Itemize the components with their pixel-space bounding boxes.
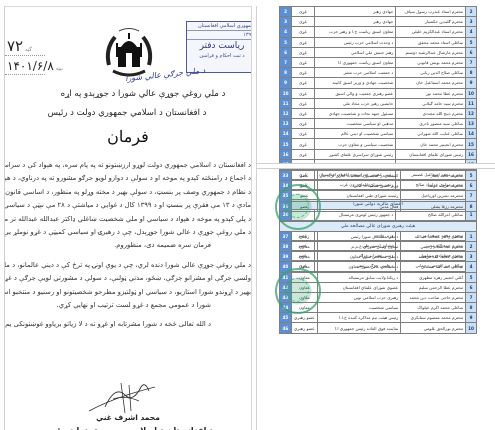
row-number: 13 [280, 119, 292, 129]
table-row: 5ښاغلی استاد محمد محققد وحدت اسلامي حزب … [280, 37, 477, 47]
member-name: ښاغلی صلاح الدین رباني [396, 68, 466, 78]
row-index: 15 [466, 139, 477, 149]
member-role: غړی [292, 37, 314, 47]
row-number: 3 [280, 17, 292, 27]
member-position: رئيس شوراي سراسري علماي کشور [314, 149, 396, 159]
member-name: محترم محمد معصوم ستانکزي [401, 313, 466, 323]
member-position: مسئول جبهه نجات و شخصیت جهادي [314, 108, 396, 118]
member-name: محترم استاد عبدرب رسول سیاف [396, 7, 466, 17]
registration-number-label: گڼه [25, 47, 32, 53]
member-position: نماینده فوق العاده رئيس جمهوري ا.ا [318, 323, 401, 333]
member-role: رئيس [291, 231, 317, 241]
row-number: 15 [280, 139, 292, 149]
member-role: غړی [292, 129, 314, 139]
member-name: ښاغلی عنایت الله شهراني [396, 129, 466, 139]
table-row: 12محترم ذبیح الله مجدديمسئول جبهه نجات و… [280, 108, 477, 118]
member-role: معاون [291, 252, 317, 262]
member-name: ښاغلی ډاکتر عبدالله عبدالله [401, 231, 466, 241]
table-row: 2محترم عبدالسلام رحیميمعاون رئيس شوراي ع… [280, 241, 477, 251]
row-index: 12 [466, 108, 477, 118]
stamp-line-2: ۱۳۹۶ [187, 31, 252, 40]
member-name: ښاغلی اسد الله سعادتي [401, 262, 466, 272]
official-seal-icon [275, 268, 321, 314]
row-index: 2 [466, 7, 477, 17]
member-position: د مصالحې عالي شورا معاون [318, 262, 401, 272]
member-name: محترم انجینیر محمد خان [396, 139, 466, 149]
table-row: 4محترم استاد عبدالکریم خلیليمعاون اسبق ر… [280, 27, 477, 37]
member-role: عضو رهبري [291, 313, 317, 323]
table-row: 13ښاغلی سید منصور نادريمذهبي او سیاسي شخ… [280, 119, 477, 129]
decree-line: د اجماع د رامنځته کېدو په موخه او د سولې… [4, 172, 251, 185]
stamp-line-3: ریاست دفتر [187, 40, 252, 52]
member-role: غړی [292, 108, 314, 118]
member-position: معاون رئيس شوراي ع.م.م [318, 241, 401, 251]
decree-line: د ملي روغې جوړې د عالي شورا جوړېدل، چې د… [4, 226, 251, 239]
registration-stamp: جمهوري اسلامي افغانستان ۱۳۹۶ ریاست دفتر … [186, 21, 252, 73]
row-index: 16 [466, 149, 477, 159]
decree-line: بهير د اړوندو شورا استازيو، د سياسي او ټ… [4, 286, 251, 299]
page-divider [257, 163, 495, 169]
row-index: 6 [466, 47, 477, 57]
table-row: 14ښاغلی عنایت الله شهرانيسیاسي شخصیت او … [280, 129, 477, 139]
table-row: 1ښاغلی ډاکتر عبدالله عبداللهد ملي مصالحې… [280, 231, 477, 241]
row-index: 8 [466, 201, 477, 211]
row-index: 11 [466, 98, 477, 108]
stamp-line-4: د ثبت احکام و فرامین [187, 52, 252, 60]
member-position: عضو رهبري جمعیت و والي اسبق [314, 88, 396, 98]
row-index: 9 [466, 313, 477, 323]
member-role: غړی [292, 149, 314, 159]
row-number: 46 [280, 323, 292, 333]
table-row: 5محترمه عالیه یلمازکمیشنر در کمیسیون اصل… [280, 171, 477, 181]
member-position: شخصیت جهادي و وزیر اسبق کابینه [314, 78, 396, 88]
table-row: 3محترم ګلبدین حکمتیارجهادي رهبرغړی3 [280, 17, 477, 27]
table-row: 3ښاغلی عنایت الله فرهمندد ملي مصالحې شور… [280, 252, 477, 262]
member-position: د ريکتا ولايت سابق مرستياله [318, 272, 401, 282]
row-number: 2 [280, 7, 292, 17]
row-index: 3 [466, 252, 477, 262]
row-index: 7 [466, 191, 477, 201]
member-role: غړی [292, 57, 314, 67]
member-position: شخصیت سیاسي و معاون حزب [314, 139, 396, 149]
member-role: غړی [292, 27, 314, 37]
table-row: 9محترم محمد معصوم ستانکزيرئيس هیئت تیم م… [280, 313, 477, 323]
signature-icon [85, 377, 165, 415]
row-number: 7 [280, 57, 292, 67]
table-row: 11محترم سید حامد ګیلانيجانشین رهبر حزب م… [280, 98, 477, 108]
row-number: 33 [280, 171, 292, 181]
member-position: رئیسه شوراي طبي افغانستان [318, 191, 401, 201]
decree-line: د الله تعالی څخه د شورا مشرتابه او غړو ت… [4, 318, 251, 331]
row-number: 38 [280, 241, 292, 251]
member-role: عضو [291, 171, 317, 181]
member-position: وزیر اسبق تحصیلات عالي [318, 181, 401, 191]
row-index: 6 [466, 181, 477, 191]
row-index: 10 [466, 323, 477, 333]
row-index: 4 [466, 27, 477, 37]
row-index: 5 [466, 171, 477, 181]
member-name: محترم ګلبدین حکمتیار [396, 17, 466, 27]
member-position: سیاسي شخصیت [318, 303, 401, 313]
member-name: محترمه فریده مومند [401, 181, 466, 191]
member-name: محترم عطا محمد نور [396, 88, 466, 98]
member-position: رئيس هیئت تیم مذاکره کننده ج.ا.ا [318, 313, 401, 323]
registration-date-line [5, 74, 45, 75]
registration-number-value: ۷۲ [7, 37, 23, 55]
member-position: مذهبي او سیاسي شخصیت [314, 119, 396, 129]
row-index: 5 [466, 37, 477, 47]
member-role: غړی [292, 47, 314, 57]
stamp-line-1: جمهوري اسلامي افغانستان [187, 22, 252, 31]
decree-line: د نظام د جمهوري وصف پر بنسټ، د سولې بهير… [4, 186, 251, 199]
member-position: کمیشنر در کمیسیون اصلاحات اداري ترک تبار [318, 171, 401, 181]
decree-body: د افغانستان د اسلامي جمهوري دولت لوړو ار… [4, 159, 251, 332]
table-row: 15محترم انجینیر محمد خانشخصیت سیاسي و مع… [280, 139, 477, 149]
decree-line: ولسي جرګې او مشرانو جرګې، ښځو، مدني ټولن… [4, 272, 251, 285]
row-number: 4 [280, 27, 292, 37]
member-name: محترم مارشال عبدالرشید دوستم [396, 47, 466, 57]
table-row: 2محترم استاد عبدرب رسول سیافجهادي رهبرغړ… [280, 7, 477, 17]
row-index: 2 [466, 241, 477, 251]
registration-date-label: نېټه [56, 66, 63, 72]
signatory-title: د افغانستان د اسلامي جمهوري دولت رئيس [5, 426, 251, 430]
member-role: عضو رهبري [291, 323, 317, 333]
row-index: 6 [466, 282, 477, 292]
member-name: رئيس شوراي علماي افغانستان [396, 149, 466, 159]
member-position: سیاسي شخصیت او دیني عالم [314, 129, 396, 139]
registration-number-line [5, 55, 45, 56]
row-index: 9 [466, 78, 477, 88]
row-index: 5 [466, 272, 477, 282]
member-name: محترمه نسرین اوریاخیل [401, 191, 466, 201]
table-row: 9محترم محمد اسماعیل خانشخصیت جهادي و وزی… [280, 78, 477, 88]
row-number: 9 [280, 78, 292, 88]
member-position: د جمعیت اسلامي حزب مشر [314, 68, 396, 78]
row-number: 45 [280, 313, 292, 323]
row-index: 14 [466, 129, 477, 139]
member-position: فعال مدني [318, 201, 401, 211]
row-index: 13 [466, 119, 477, 129]
decree-issuer: د افغانستان د اسلامي جمهوري دولت د رئيس [7, 108, 247, 118]
member-name: محترم نورالحق علومي [401, 323, 466, 333]
row-index: 7 [466, 292, 477, 302]
row-number: 8 [280, 68, 292, 78]
member-role: غړی [292, 17, 314, 27]
row-index: 3 [466, 17, 477, 27]
row-number: 10 [280, 88, 292, 98]
member-name: محترم سید حامد ګیلاني [396, 98, 466, 108]
row-number: 14 [280, 129, 292, 139]
member-role: غړی [292, 68, 314, 78]
decree-line: د افغانستان د اسلامي جمهوري دولت لوړو ار… [4, 159, 251, 172]
row-index: 1 [466, 231, 477, 241]
member-name: ښاغلی محمد اکرم خپلواک [401, 303, 466, 313]
members-annex: 2محترم استاد عبدرب رسول سیافجهادي رهبرغړ… [256, 6, 495, 430]
member-position: معاون اسبق ریاست ج.ا و رهبر حزب [314, 27, 396, 37]
member-role: غړی [292, 88, 314, 98]
decree-line: د ملي روغې جوړې عالي شورا دنده لري، چې د… [4, 259, 251, 272]
row-number: 5 [280, 37, 292, 47]
member-name: آغلې انجینر زهره مطهري [401, 272, 466, 282]
table-row: 10محترم عطا محمد نورعضو رهبري جمعیت و وا… [280, 88, 477, 98]
official-seal-icon [275, 184, 321, 230]
row-number: 39 [280, 252, 292, 262]
member-name: ښاغلی سید منصور نادري [396, 119, 466, 129]
member-name: محترم عطا الرحمن سلیم [401, 282, 466, 292]
member-position: معاون اسبق ریاست جمهوري ا.ا [314, 57, 396, 67]
decree-title: فرمان [5, 127, 251, 146]
member-role: غړی [292, 139, 314, 149]
member-name: محترمه عالیه یلماز [401, 171, 466, 181]
signatory-name: محمد اشرف غني [5, 413, 251, 422]
row-index: 10 [466, 88, 477, 98]
row-index: 7 [466, 57, 477, 67]
member-name: ښاغلی استاد محمد محقق [396, 37, 466, 47]
table-row: 16رئيس شوراي علماي افغانستانرئيس شوراي س… [280, 149, 477, 159]
member-position: رهبری حزب اسلامي نوین [318, 292, 401, 302]
decree-document: ۷۲گڼه ۱۴۰۱/۶/۸نېټه جمهوري اسلامي افغانست… [4, 6, 252, 430]
table-row: 6محترم مارشال عبدالرشید دوستمرهبر جنبش م… [280, 47, 477, 57]
member-position: جانشین رهبر حزب محاذ ملي [314, 98, 396, 108]
member-role: غړی [292, 98, 314, 108]
decree-line: د پلي کېدو په موخه د هېواد د سياسي او مل… [4, 213, 251, 226]
registration-number: ۷۲گڼه [7, 37, 32, 55]
decree-line: مادې د ۱۳ مې فقرې پر بنسټ او د ۱۳۹۹ کال … [4, 199, 251, 212]
member-name: محترم محمد اسماعیل خان [396, 78, 466, 88]
member-position: د ملي مصالحې شورا معاون [318, 252, 401, 262]
row-index: 4 [466, 262, 477, 272]
member-name: محترم عبدالسلام رحیمي [401, 241, 466, 251]
member-role: غړی [292, 119, 314, 129]
member-role: غړی [292, 7, 314, 17]
member-name: محترم حاجی صاحب دین محمد [401, 292, 466, 302]
member-name: ښاغلی عنایت الله فرهمند [401, 252, 466, 262]
member-role: غړی [292, 78, 314, 88]
row-number: 16 [280, 149, 292, 159]
member-name: محترم استاد عبدالکریم خلیلي [396, 27, 466, 37]
table-row: 10محترم نورالحق علومينماینده فوق العاده … [280, 323, 477, 333]
decree-subject: د ملي روغې جوړې عالي شورا د جوړېدو په اړ… [23, 89, 252, 99]
member-position: د وحدت اسلامي حزب رئيس [314, 37, 396, 47]
registration-date-value: ۱۴۰۱/۶/۸ [7, 59, 54, 73]
member-name: محترم محمد یونس قانوني [396, 57, 466, 67]
member-position: عضوي شوراي علماي افغانستان [318, 282, 401, 292]
row-number: 11 [280, 98, 292, 108]
member-position: رهبر جنبش ملي اسلامي [314, 47, 396, 57]
table-row: 8ښاغلی صلاح الدین ربانيد جمعیت اسلامي حز… [280, 68, 477, 78]
decree-line: شورا د عمومي مجمع د غړو لست ترتيب او نها… [4, 299, 251, 312]
row-number: 12 [280, 108, 292, 118]
row-index: 8 [466, 303, 477, 313]
member-name: محترم ذبیح الله مجددي [396, 108, 466, 118]
row-number: 6 [280, 47, 292, 57]
member-position: جهادي رهبر [314, 7, 396, 17]
member-position: جهادي رهبر [314, 17, 396, 27]
decree-line: فرمان سره ضميمه دی، منظوروم. [4, 239, 251, 252]
table-row: 7محترم محمد یونس قانونيمعاون اسبق ریاست … [280, 57, 477, 67]
member-name: محترمه زرقا یفتلی [401, 201, 466, 211]
member-role: معاون [291, 241, 317, 251]
row-index: 8 [466, 68, 477, 78]
member-position: د ملي مصالحې شورا رئيس [318, 231, 401, 241]
row-number: 37 [280, 231, 292, 241]
registration-date: ۱۴۰۱/۶/۸نېټه [7, 59, 63, 73]
